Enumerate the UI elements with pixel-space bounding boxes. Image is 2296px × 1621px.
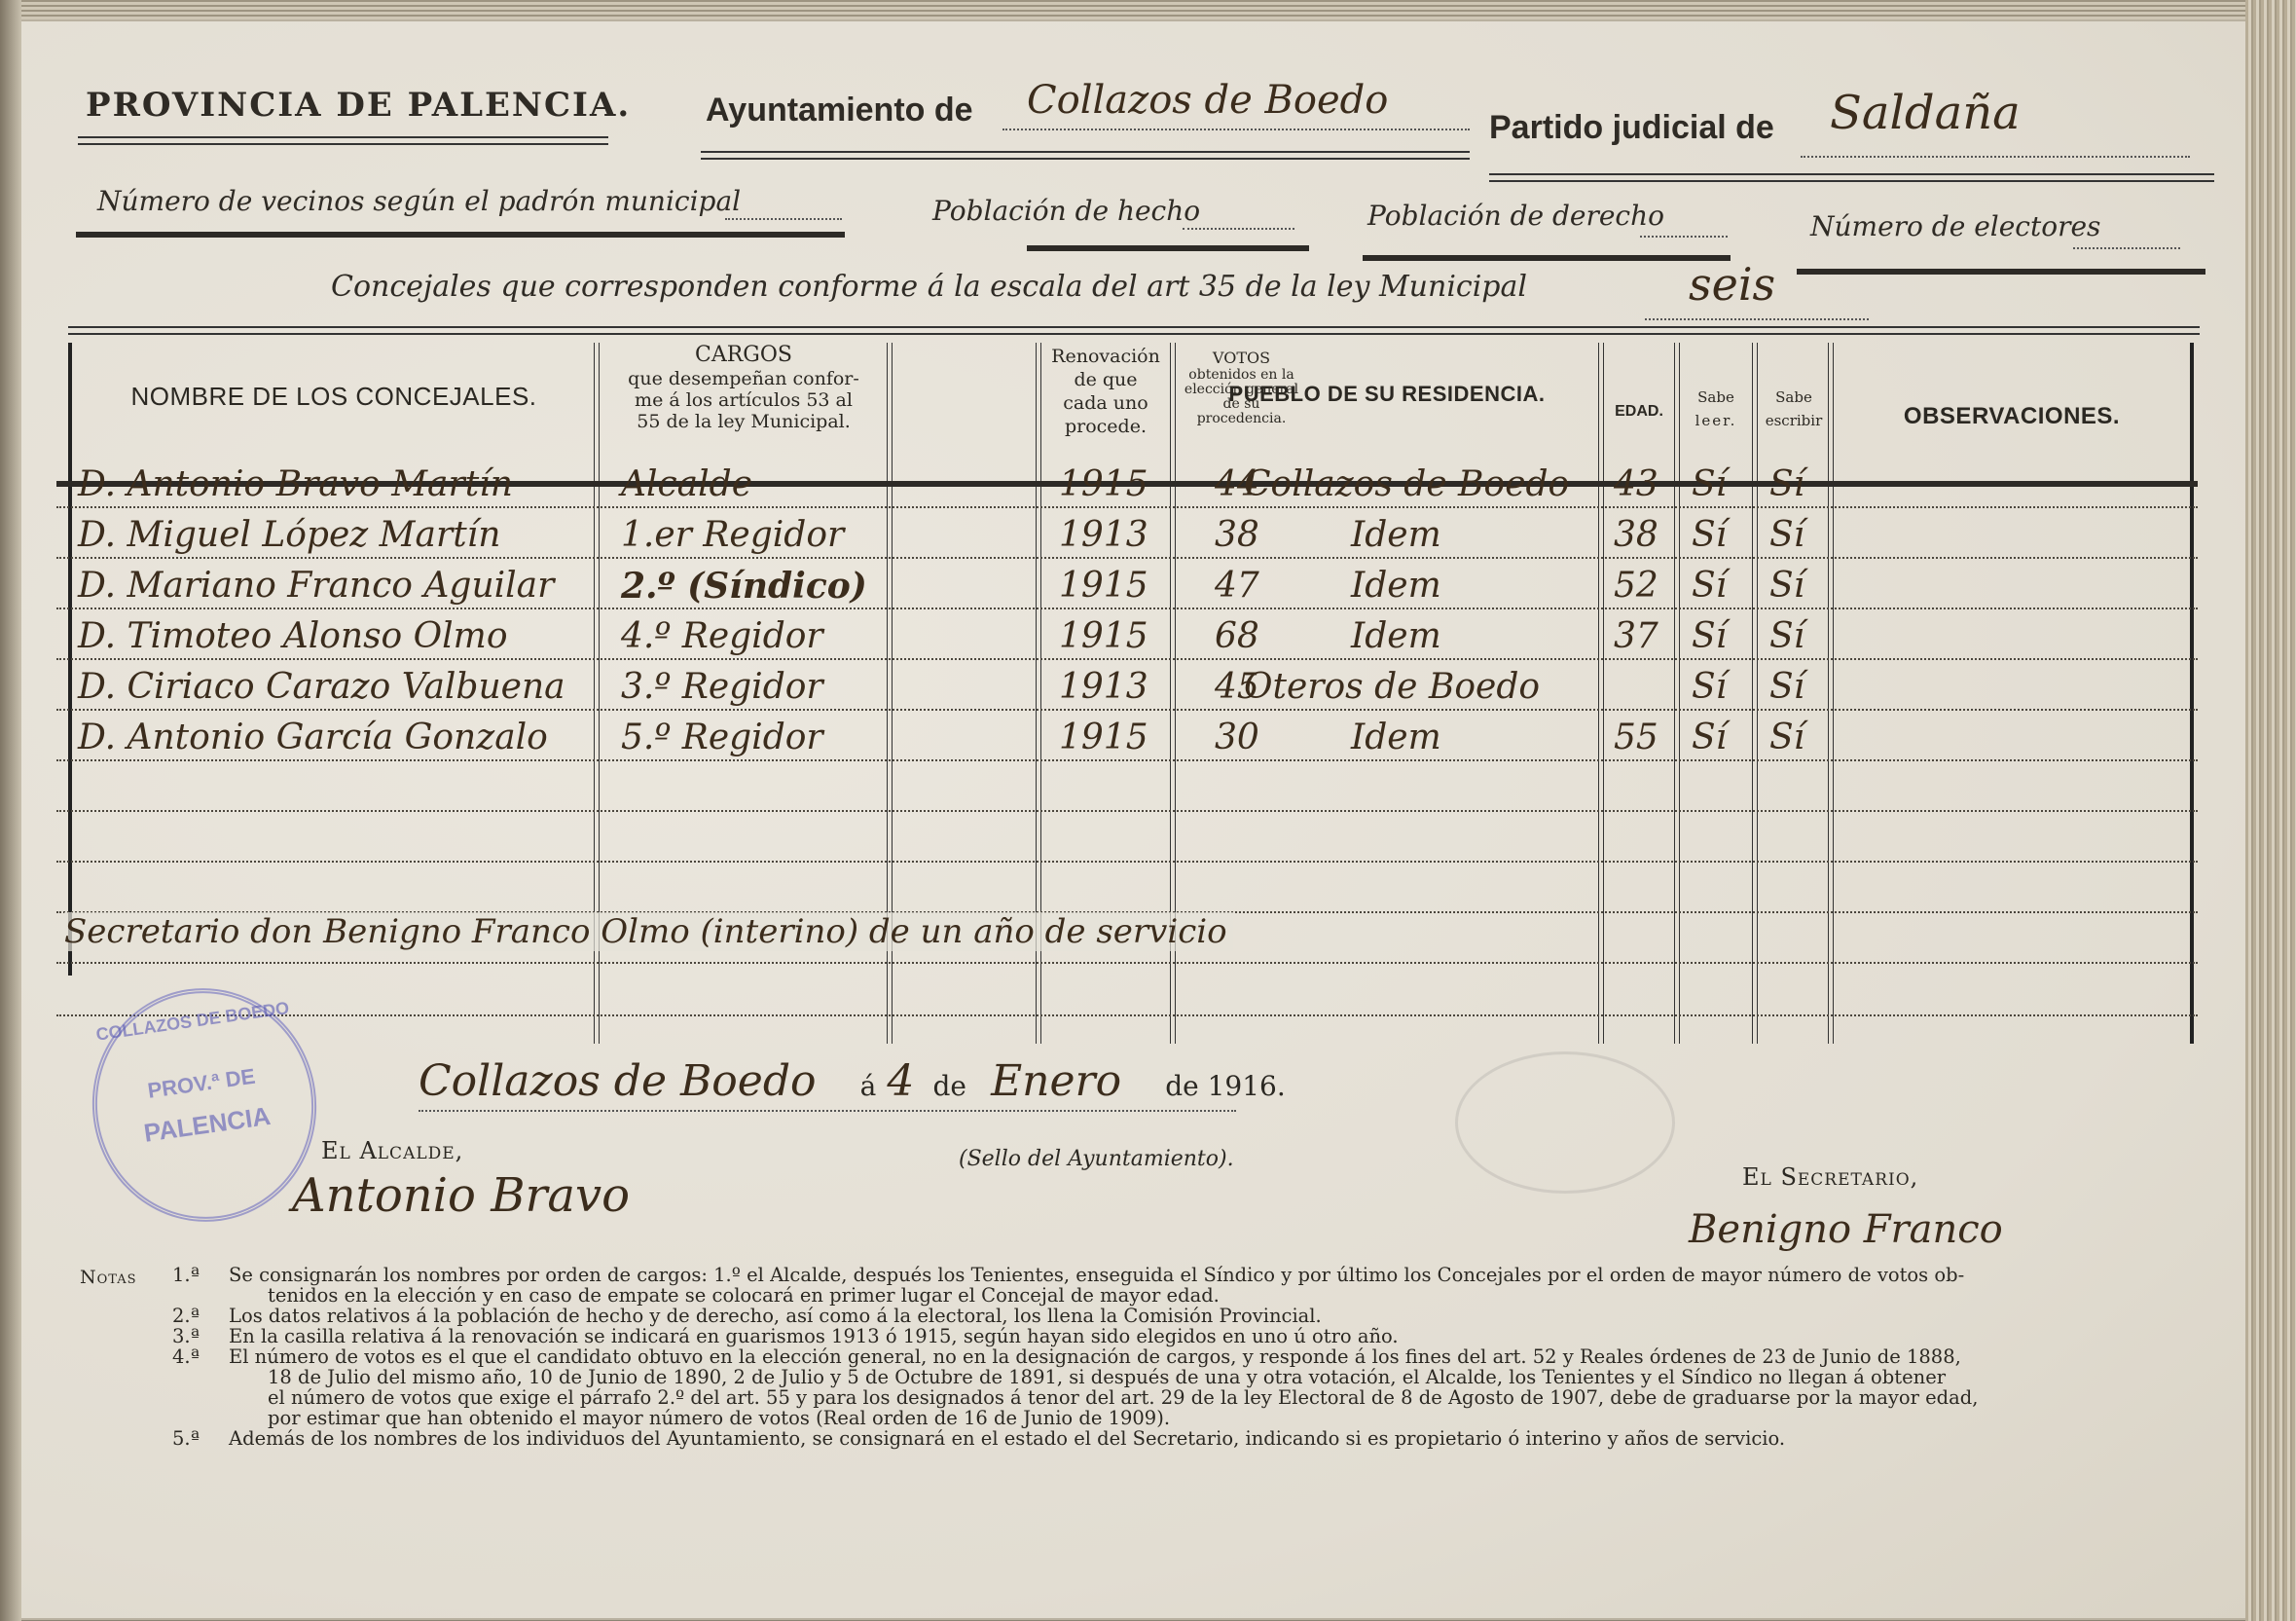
cell-renovacion: 1913 bbox=[1059, 667, 1148, 707]
secretario-signature: Benigno Franco bbox=[1689, 1207, 2003, 1252]
cell-edad: 37 bbox=[1614, 616, 1658, 656]
cell-cargo: 3.º Regidor bbox=[621, 667, 823, 707]
cell-pueblo: Idem bbox=[1351, 718, 1441, 757]
cell-nombre: D. Antonio García Gonzalo bbox=[78, 718, 548, 757]
col-header-cargos: CARGOS que desempeñan confor- me á los a… bbox=[601, 343, 886, 432]
note-line: 18 de Julio del mismo año, 10 de Junio d… bbox=[268, 1368, 1946, 1388]
cargos-title: CARGOS bbox=[601, 343, 886, 368]
column-divider bbox=[1752, 343, 1758, 1044]
renovacion-line: Renovación bbox=[1041, 345, 1170, 368]
row-rule bbox=[56, 962, 2198, 964]
row-rule bbox=[56, 1014, 2198, 1016]
cell-escribir: Sí bbox=[1769, 566, 1804, 606]
header-row-1: PROVINCIA DE PALENCIA. Ayuntamiento de C… bbox=[0, 78, 2296, 156]
poblacion-derecho-field-line bbox=[1640, 236, 1728, 238]
concejales-value: seis bbox=[1689, 258, 1775, 311]
cargos-sub-line: que desempeñan confor- bbox=[601, 368, 886, 389]
cell-renovacion: 1915 bbox=[1059, 566, 1148, 606]
divider bbox=[1363, 255, 1731, 261]
cell-pueblo: Idem bbox=[1351, 566, 1441, 606]
concejales-label: Concejales que corresponden conforme á l… bbox=[331, 270, 1527, 304]
note-line: Se consignarán los nombres por orden de … bbox=[229, 1266, 1964, 1286]
poblacion-hecho-label: Población de hecho bbox=[932, 195, 1200, 227]
column-divider bbox=[1674, 343, 1680, 1044]
col-header-sabe-escribir: Sabe escribir bbox=[1758, 386, 1830, 432]
poblacion-hecho-field-line bbox=[1183, 228, 1294, 230]
divider bbox=[1027, 245, 1309, 251]
header-row-3: Concejales que corresponden conforme á l… bbox=[0, 268, 2296, 326]
cell-edad: 43 bbox=[1614, 464, 1658, 504]
leer-line: leer. bbox=[1680, 409, 1752, 432]
note-line: Los datos relativos á la población de he… bbox=[229, 1307, 1322, 1327]
divider bbox=[68, 326, 2200, 335]
date-field-line bbox=[419, 1110, 1236, 1112]
de-label: de bbox=[932, 1070, 966, 1102]
divider bbox=[76, 232, 845, 238]
divider bbox=[78, 136, 608, 145]
cell-escribir: Sí bbox=[1769, 464, 1804, 504]
cell-pueblo: Idem bbox=[1351, 616, 1441, 656]
cell-nombre: D. Ciriaco Carazo Valbuena bbox=[78, 667, 565, 707]
poblacion-derecho-label: Población de derecho bbox=[1367, 200, 1664, 232]
secretario-note: Secretario don Benigno Franco Olmo (inte… bbox=[64, 912, 1233, 951]
cell-cargo: 2.º (Síndico) bbox=[621, 566, 867, 607]
col-header-observaciones: OBSERVACIONES. bbox=[1834, 403, 2190, 430]
place-value: Collazos de Boedo bbox=[419, 1056, 816, 1106]
cell-pueblo: Oteros de Boedo bbox=[1244, 667, 1540, 707]
cargos-sub-line: 55 de la ley Municipal. bbox=[601, 411, 886, 432]
renovacion-line: procede. bbox=[1041, 415, 1170, 438]
row-rule bbox=[56, 861, 2198, 863]
cell-nombre: D. Antonio Bravo Martín bbox=[78, 464, 513, 504]
note-line: el número de votos que exige el párrafo … bbox=[268, 1388, 1978, 1409]
votos-sub-line: obtenidos en la bbox=[1176, 368, 1307, 383]
column-divider bbox=[1828, 343, 1834, 1044]
concejales-table: NOMBRE DE LOS CONCEJALES. CARGOS que des… bbox=[56, 343, 2198, 1044]
cell-nombre: D. Mariano Franco Aguilar bbox=[78, 566, 554, 606]
cell-renovacion: 1915 bbox=[1059, 616, 1148, 656]
cell-leer: Sí bbox=[1692, 515, 1727, 555]
cell-leer: Sí bbox=[1692, 566, 1727, 606]
alcalde-signature: Antonio Bravo bbox=[292, 1168, 630, 1223]
cell-cargo: 1.er Regidor bbox=[621, 515, 844, 555]
cell-nombre: D. Timoteo Alonso Olmo bbox=[78, 616, 508, 656]
cell-leer: Sí bbox=[1692, 718, 1727, 757]
cell-nombre: D. Miguel López Martín bbox=[78, 515, 500, 555]
note-number: 5.ª bbox=[172, 1429, 211, 1450]
divider bbox=[701, 151, 1470, 160]
secretario-label: El Secretario, bbox=[1742, 1163, 1918, 1191]
cell-cargo: Alcalde bbox=[621, 464, 752, 504]
partido-judicial-label: Partido judicial de bbox=[1489, 109, 1774, 147]
cell-votos: 30 bbox=[1215, 718, 1259, 757]
cell-renovacion: 1915 bbox=[1059, 464, 1148, 504]
cell-pueblo: Idem bbox=[1351, 515, 1441, 555]
cell-leer: Sí bbox=[1692, 464, 1727, 504]
province-title: PROVINCIA DE PALENCIA. bbox=[86, 86, 631, 125]
col-header-edad: EDAD. bbox=[1604, 403, 1674, 421]
day-value: 4 bbox=[887, 1056, 914, 1106]
cell-escribir: Sí bbox=[1769, 616, 1804, 656]
row-rule bbox=[56, 557, 2198, 559]
renovacion-line: de que bbox=[1041, 368, 1170, 391]
cell-leer: Sí bbox=[1692, 667, 1727, 707]
escribir-line: Sabe bbox=[1758, 386, 1830, 409]
place-date-line: Collazos de Boedo á 4 de Enero de 1916. bbox=[419, 1056, 1286, 1106]
partido-field-line bbox=[1801, 156, 2190, 158]
row-rule bbox=[56, 506, 2198, 508]
leer-line: Sabe bbox=[1680, 386, 1752, 409]
row-rule bbox=[56, 810, 2198, 812]
table-border-right bbox=[2190, 343, 2198, 1044]
note-line: tenidos en la elección y en caso de empa… bbox=[268, 1286, 1220, 1307]
notes-label: Notas bbox=[80, 1268, 137, 1288]
cell-votos: 47 bbox=[1215, 566, 1259, 606]
column-divider bbox=[1598, 343, 1604, 1044]
cargos-sub-line: me á los artículos 53 al bbox=[601, 389, 886, 411]
cell-pueblo: Collazos de Boedo bbox=[1244, 464, 1569, 504]
note-line: En la casilla relativa á la renovación s… bbox=[229, 1327, 1399, 1347]
vecinos-label: Número de vecinos según el padrón munici… bbox=[97, 185, 741, 217]
cell-edad: 52 bbox=[1614, 566, 1658, 606]
renovacion-line: cada uno bbox=[1041, 391, 1170, 415]
ayuntamiento-field-line bbox=[1002, 129, 1470, 130]
month-value: Enero bbox=[991, 1056, 1121, 1106]
col-header-sabe-leer: Sabe leer. bbox=[1680, 386, 1752, 432]
ayuntamiento-value: Collazos de Boedo bbox=[1027, 78, 1388, 123]
cell-cargo: 4.º Regidor bbox=[621, 616, 823, 656]
header-row-2: Número de vecinos según el padrón munici… bbox=[0, 175, 2296, 253]
note-number: 3.ª bbox=[172, 1327, 211, 1347]
note-line: Además de los nombres de los individuos … bbox=[229, 1429, 1785, 1450]
cell-escribir: Sí bbox=[1769, 718, 1804, 757]
col-header-nombre: NOMBRE DE LOS CONCEJALES. bbox=[76, 372, 592, 421]
note-number: 4.ª bbox=[172, 1347, 211, 1368]
cell-votos: 38 bbox=[1215, 515, 1259, 555]
sello-label: (Sello del Ayuntamiento). bbox=[959, 1147, 1234, 1171]
col-header-renovacion: Renovación de que cada uno procede. bbox=[1041, 345, 1170, 438]
book-top-edge bbox=[0, 0, 2296, 21]
votos-sub-line: procedencia. bbox=[1176, 412, 1307, 426]
alcalde-label: El Alcalde, bbox=[321, 1137, 463, 1164]
cell-edad: 55 bbox=[1614, 718, 1658, 757]
escribir-line: escribir bbox=[1758, 409, 1830, 432]
vecinos-field-line bbox=[725, 218, 842, 220]
note-line: por estimar que han obtenido el mayor nú… bbox=[268, 1409, 1170, 1429]
cell-renovacion: 1915 bbox=[1059, 718, 1148, 757]
partido-judicial-value: Saldaña bbox=[1830, 86, 2021, 140]
concejales-field-line bbox=[1645, 318, 1869, 320]
cell-escribir: Sí bbox=[1769, 667, 1804, 707]
a-label: á bbox=[860, 1070, 877, 1102]
cell-votos: 68 bbox=[1215, 616, 1259, 656]
electores-field-line bbox=[2073, 247, 2180, 249]
faint-stamp-impression bbox=[1455, 1051, 1675, 1194]
row-rule bbox=[56, 759, 2198, 761]
electores-label: Número de electores bbox=[1810, 210, 2100, 242]
year-label: de 1916. bbox=[1165, 1070, 1286, 1102]
row-rule bbox=[56, 658, 2198, 660]
note-line: El número de votos es el que el candidat… bbox=[229, 1347, 1961, 1368]
col-header-pueblo: PUEBLO DE SU RESIDENCIA. bbox=[1178, 382, 1596, 407]
cell-edad: 38 bbox=[1614, 515, 1658, 555]
note-number: 1.ª bbox=[172, 1266, 211, 1286]
cell-cargo: 5.º Regidor bbox=[621, 718, 823, 757]
note-number: 2.ª bbox=[172, 1307, 211, 1327]
ayuntamiento-label: Ayuntamiento de bbox=[706, 92, 973, 129]
row-rule bbox=[56, 709, 2198, 711]
cell-escribir: Sí bbox=[1769, 515, 1804, 555]
cell-renovacion: 1913 bbox=[1059, 515, 1148, 555]
cell-leer: Sí bbox=[1692, 616, 1727, 656]
votos-title: VOTOS bbox=[1176, 349, 1307, 368]
row-rule bbox=[56, 608, 2198, 609]
